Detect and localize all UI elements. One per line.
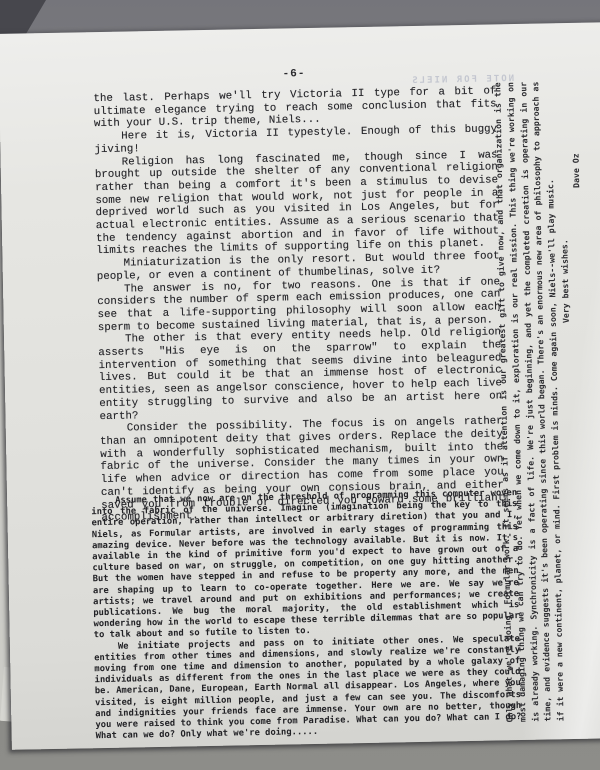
paragraph: Religion has long fascinated me, though … (95, 149, 500, 258)
paragraph: Assume that we now are on the threshold … (91, 488, 520, 642)
scanned-letter-page: -6- NOTE FOR NIELS the last. Perhaps we'… (0, 22, 600, 750)
paragraph: We initiate projects and pass on to init… (94, 634, 522, 743)
paragraph: The answer is no, for two reasons. One i… (97, 276, 501, 335)
paragraph: The other is that every entity needs hel… (98, 327, 503, 424)
margin-note-text: Only what we're doing. Formular work. It… (491, 81, 567, 722)
letter-body-victoria-typestyle: the last. Perhaps we'll try Victoria II … (93, 85, 504, 525)
letter-body-formular-typestyle: Assume that we now are on the threshold … (91, 488, 522, 743)
margin-note-rotated: Only what we're doing. Formular work. It… (491, 81, 597, 723)
